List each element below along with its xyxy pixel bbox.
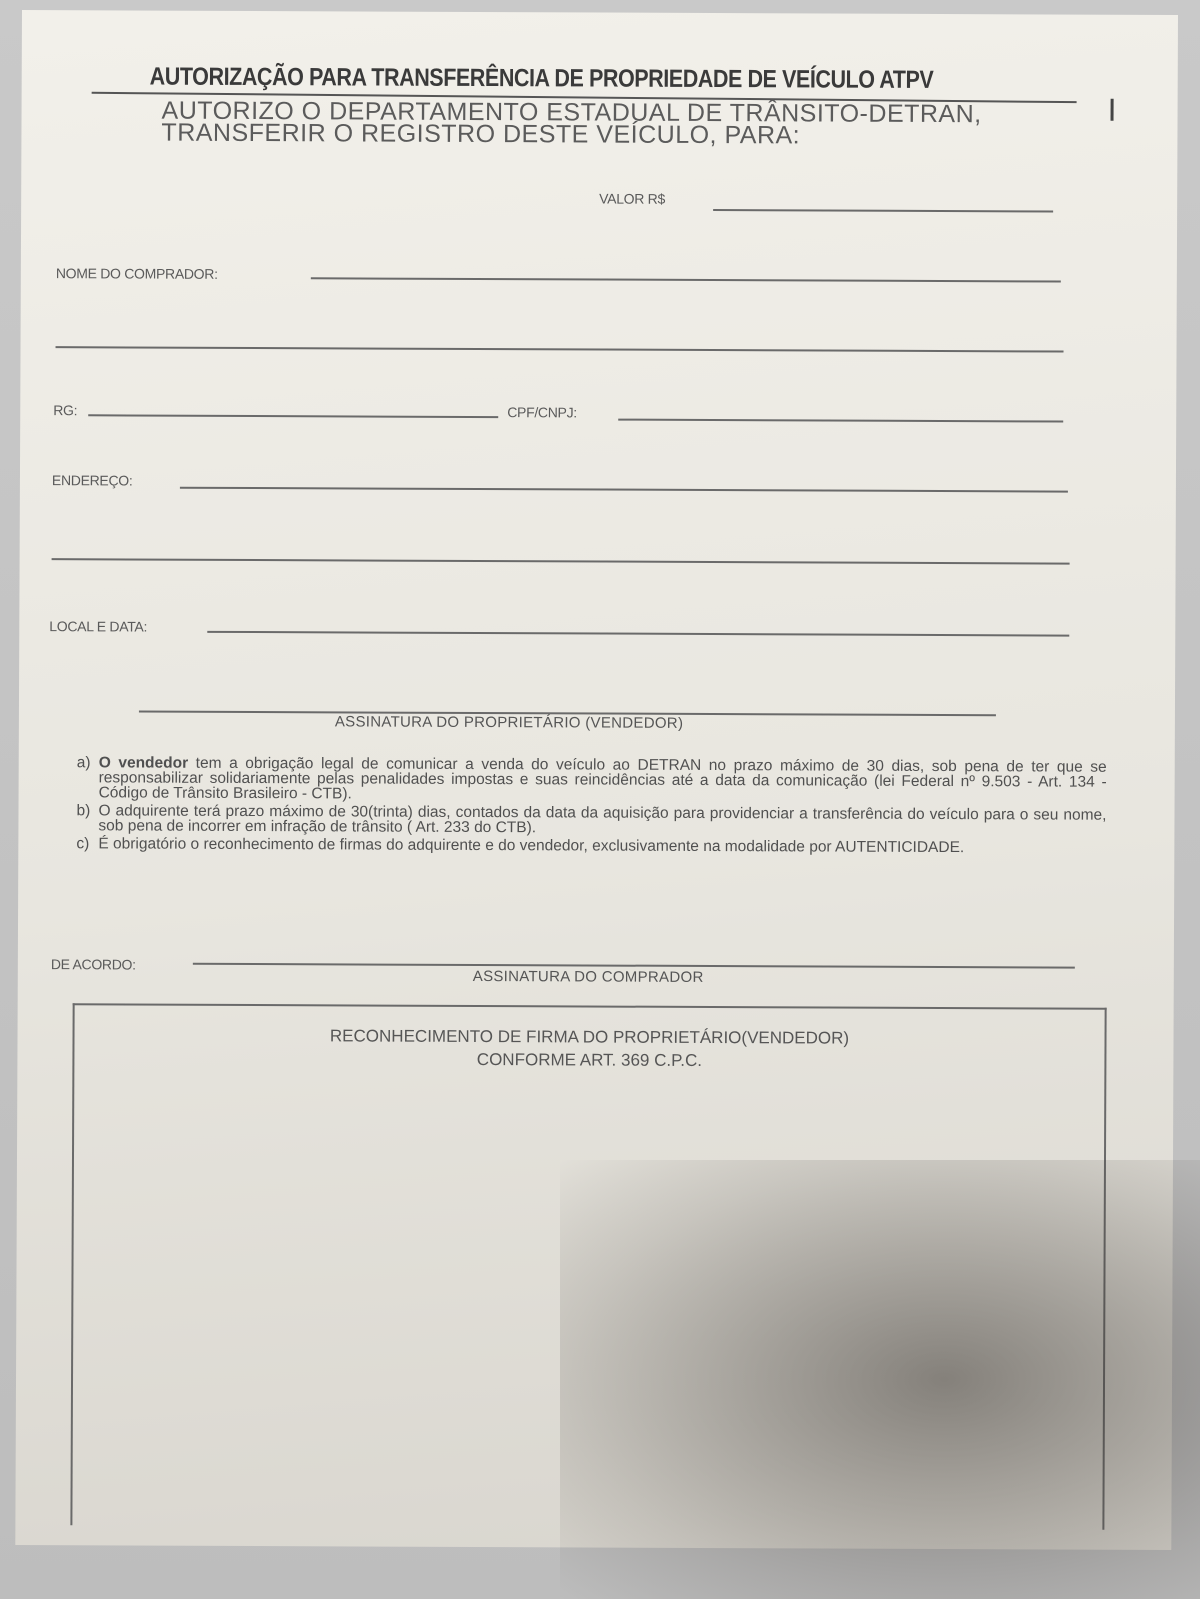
note-b: b) O adquirente terá prazo máximo de 30(… <box>76 803 1106 837</box>
note-key: a) <box>77 755 99 800</box>
authorization-text-line2: TRANSFERIR O REGISTRO DESTE VEÍCULO, PAR… <box>161 121 800 148</box>
endereco-field[interactable] <box>180 487 1068 492</box>
edge-mark <box>1111 99 1114 121</box>
note-c: c) É obrigatório o reconhecimento de fir… <box>76 836 1106 855</box>
local-data-label: LOCAL E DATA: <box>49 618 147 634</box>
seller-signature-caption: ASSINATURA DO PROPRIETÁRIO (VENDEDOR) <box>335 713 683 732</box>
notary-box-subtitle: CONFORME ART. 369 C.P.C. <box>74 1046 1104 1073</box>
note-key: b) <box>76 803 98 833</box>
form-title: AUTORIZAÇÃO PARA TRANSFERÊNCIA DE PROPRI… <box>150 63 934 95</box>
atpv-form-paper: AUTORIZAÇÃO PARA TRANSFERÊNCIA DE PROPRI… <box>15 10 1178 1550</box>
local-data-field[interactable] <box>207 631 1069 636</box>
buyer-signature-field[interactable] <box>193 963 1075 968</box>
legal-notes: a) O vendedor tem a obrigação legal de c… <box>76 755 1106 858</box>
nome-comprador-field[interactable] <box>311 277 1061 282</box>
nome-comprador-continuation-field[interactable] <box>56 346 1064 352</box>
note-text: tem a obrigação legal de comunicar a ven… <box>99 755 1107 803</box>
valor-label: VALOR R$ <box>599 191 665 207</box>
de-acordo-label: DE ACORDO: <box>51 956 136 972</box>
endereco-label: ENDEREÇO: <box>52 472 133 488</box>
note-a: a) O vendedor tem a obrigação legal de c… <box>77 755 1107 804</box>
notary-recognition-box: RECONHECIMENTO DE FIRMA DO PROPRIETÁRIO(… <box>70 1003 1106 1530</box>
cpf-cnpj-field[interactable] <box>618 419 1063 422</box>
note-text: O adquirente terá prazo máximo de 30(tri… <box>98 803 1106 837</box>
endereco-continuation-field[interactable] <box>52 558 1070 564</box>
rg-field[interactable] <box>88 414 498 417</box>
valor-field[interactable] <box>713 209 1053 212</box>
note-text: É obrigatório o reconhecimento de firmas… <box>98 836 1106 855</box>
note-key: c) <box>76 836 98 851</box>
nome-comprador-label: NOME DO COMPRADOR: <box>56 265 218 282</box>
cpf-cnpj-label: CPF/CNPJ: <box>507 404 577 420</box>
buyer-signature-caption: ASSINATURA DO COMPRADOR <box>473 968 704 986</box>
rg-label: RG: <box>53 402 77 418</box>
